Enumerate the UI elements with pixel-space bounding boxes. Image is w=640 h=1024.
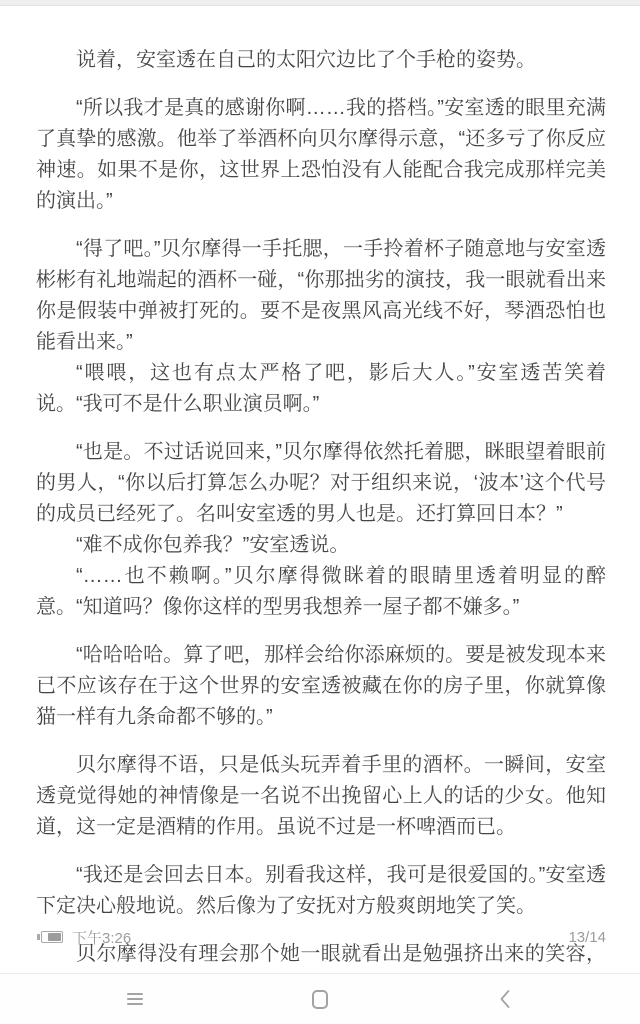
- page-indicator: 13/14: [568, 929, 606, 946]
- paragraph: 说着，安室透在自己的太阳穴边比了个手枪的姿势。: [36, 45, 606, 76]
- battery-nub: [37, 934, 40, 940]
- hamburger-menu-icon: [127, 993, 143, 1005]
- ebook-reader-screen: 说着，安室透在自己的太阳穴边比了个手枪的姿势。“所以我才是真的感谢你啊……我的搭…: [0, 0, 640, 1024]
- paragraph: “喂喂，这也有点太严格了吧，影后大人。”安室透苦笑着说。“我可不是什么职业演员啊…: [36, 358, 606, 420]
- status-left-group: 下午3:26: [37, 927, 131, 948]
- reading-page[interactable]: 说着，安室透在自己的太阳穴边比了个手枪的姿势。“所以我才是真的感谢你啊……我的搭…: [0, 6, 640, 1001]
- menu-button[interactable]: [118, 982, 152, 1016]
- paragraph: “……也不赖啊。”贝尔摩得微眯着的眼睛里透着明显的醉意。“知道吗？像你这样的型男…: [36, 561, 606, 623]
- paragraph: 贝尔摩得不语，只是低头玩弄着手里的酒杯。一瞬间，安室透竟觉得她的神情像是一名说不…: [36, 750, 606, 843]
- back-button[interactable]: [488, 982, 522, 1016]
- paragraph: “得了吧。”贝尔摩得一手托腮，一手拎着杯子随意地与安室透彬彬有礼地端起的酒杯一碰…: [36, 234, 606, 358]
- back-chevron-icon: [499, 989, 511, 1009]
- home-square-icon: [312, 990, 328, 1009]
- clock-time: 下午3:26: [72, 927, 131, 948]
- paragraph: “也是。不过话说回来，”贝尔摩得依然托着腮，眯眼望着眼前的男人，“你以后打算怎么…: [36, 437, 606, 530]
- android-nav-bar: [0, 973, 640, 1024]
- paragraph: “难不成你包养我？”安室透说。: [36, 530, 606, 561]
- battery-fill: [48, 933, 61, 941]
- battery-icon: [37, 931, 63, 943]
- paragraph: “所以我才是真的感谢你啊……我的搭档。”安室透的眼里充满了真挚的感激。他举了举酒…: [36, 93, 606, 217]
- paragraph: “我还是会回去日本。别看我这样，我可是很爱国的。”安室透下定决心般地说。然后像为…: [36, 860, 606, 922]
- home-button[interactable]: [303, 982, 337, 1016]
- paragraph: “哈哈哈哈。算了吧，那样会给你添麻烦的。要是被发现本来已不应该存在于这个世界的安…: [36, 640, 606, 733]
- battery-body: [41, 931, 63, 943]
- reader-status-bar: 下午3:26 13/14: [37, 927, 606, 947]
